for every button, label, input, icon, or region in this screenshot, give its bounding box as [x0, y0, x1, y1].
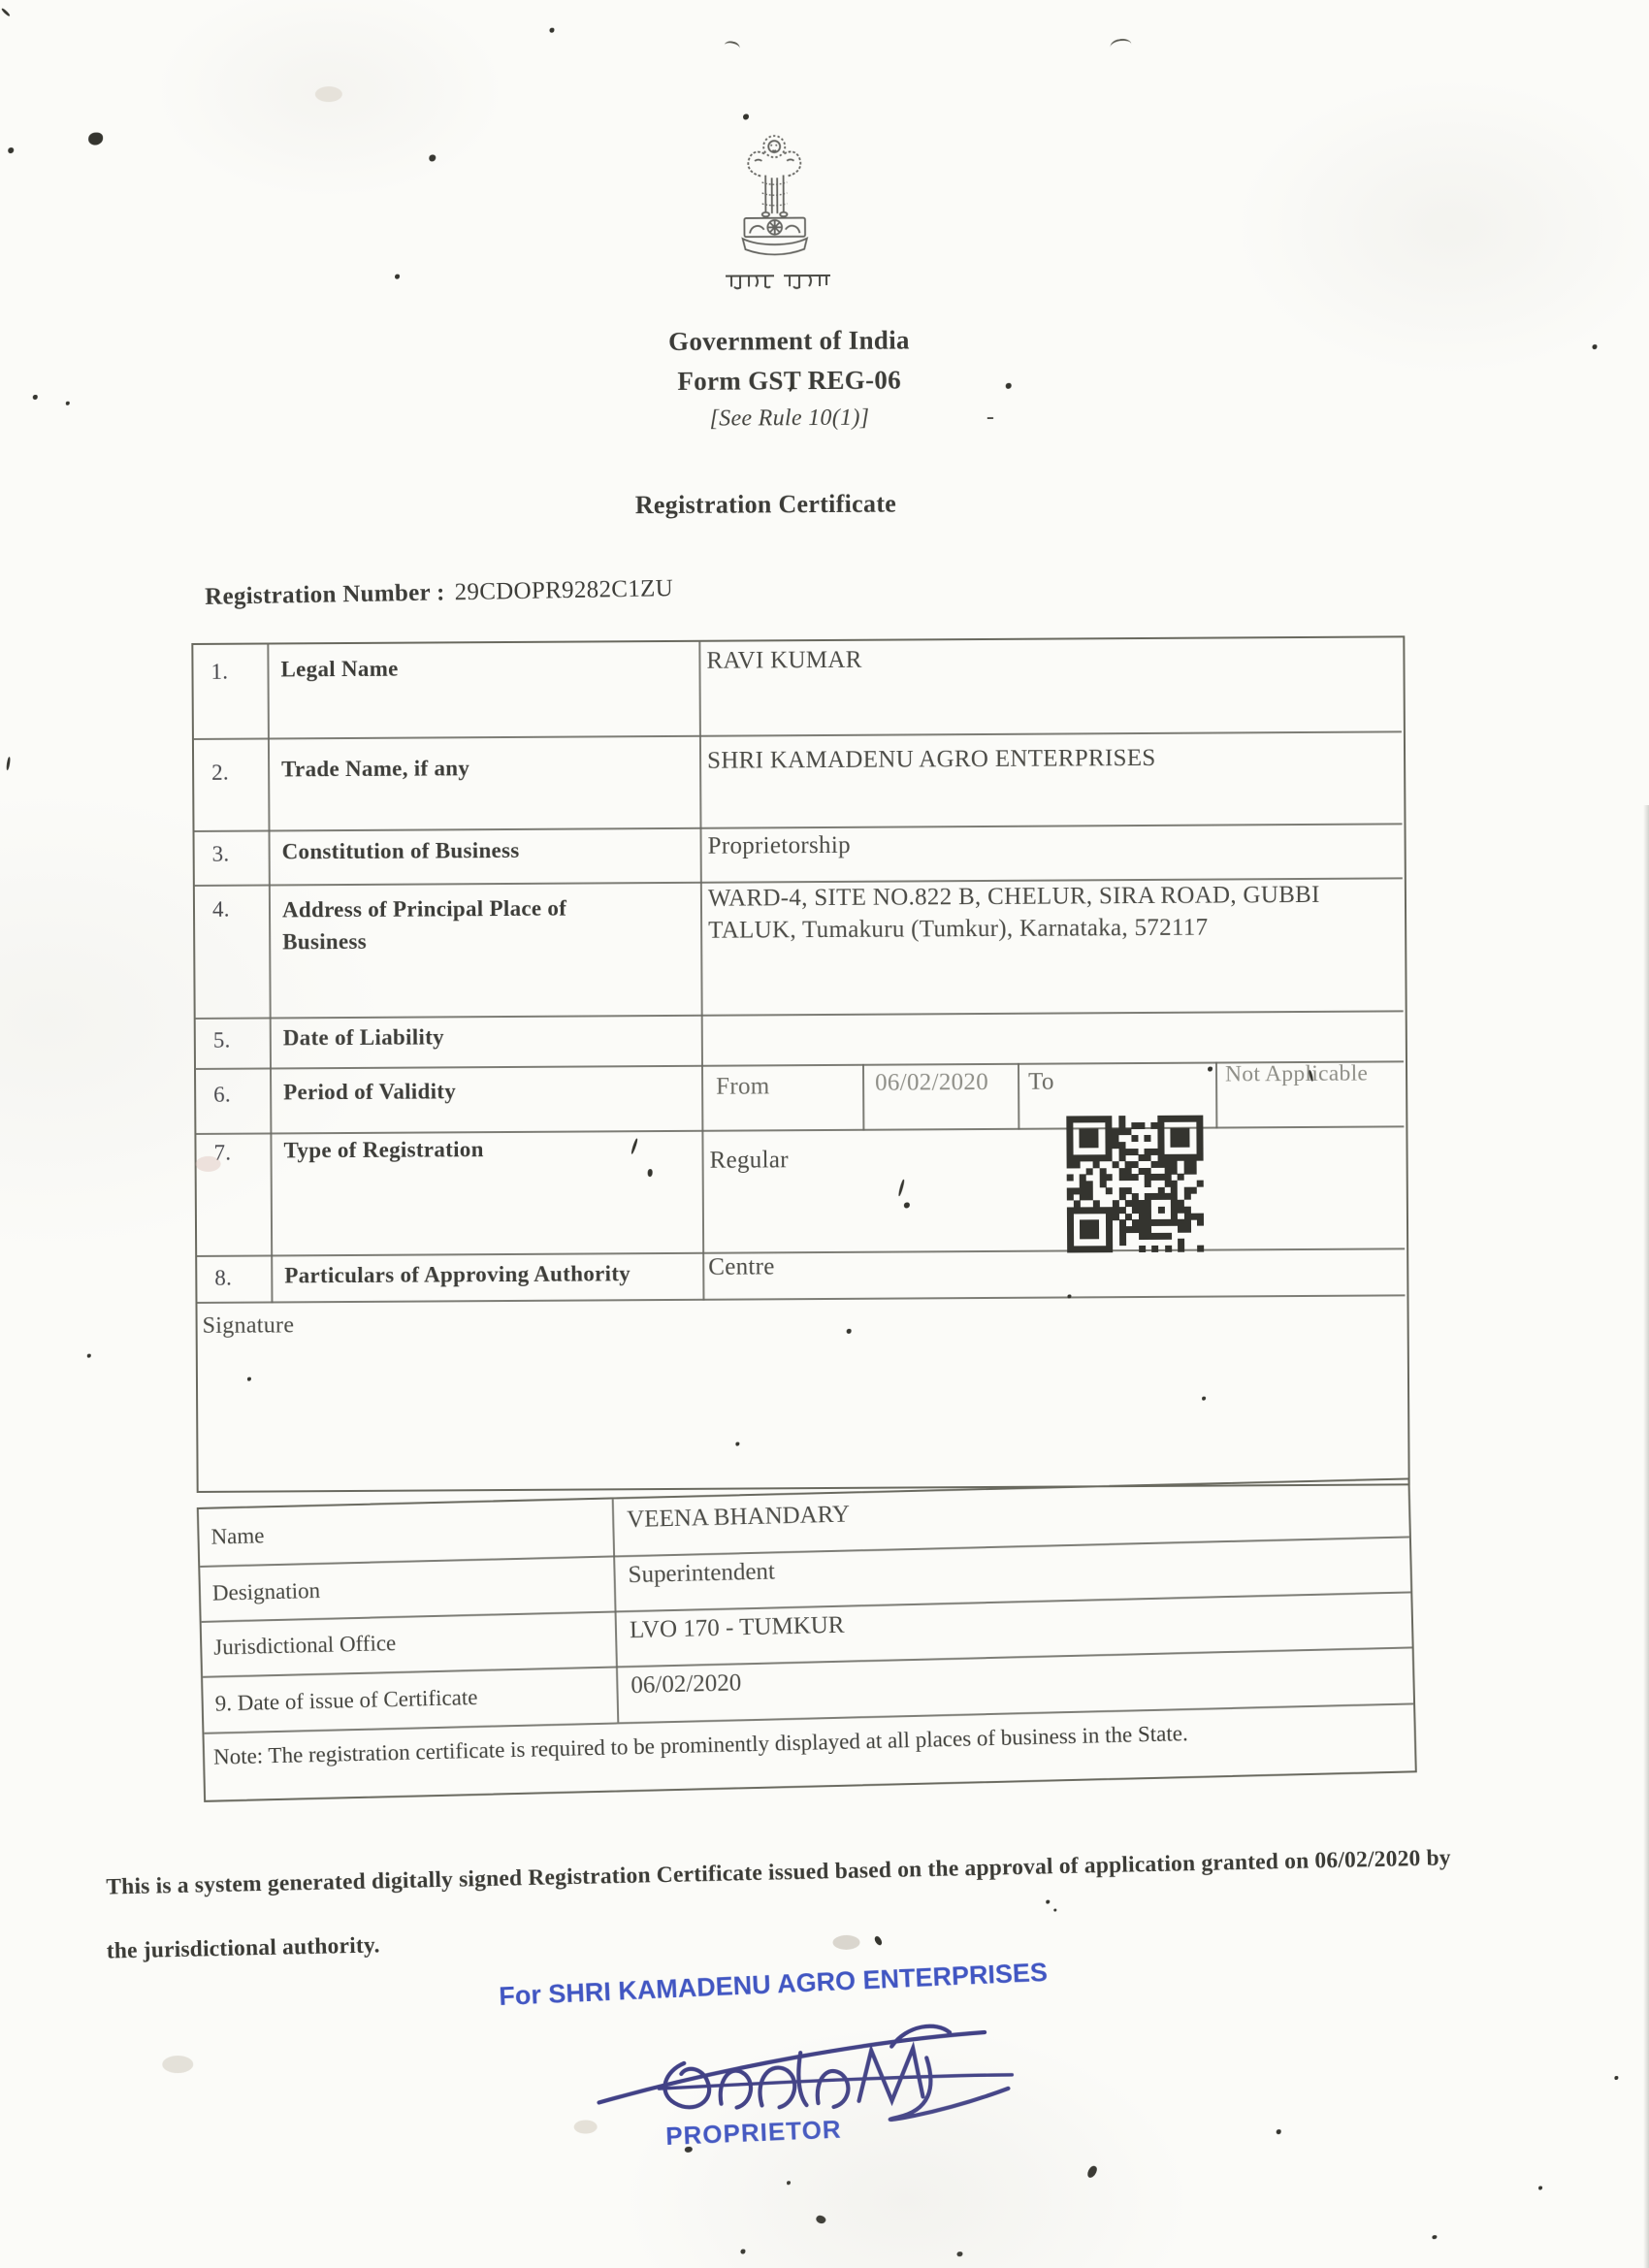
- trade-name-value: SHRI KAMADENU AGRO ENTERPRISES: [707, 745, 1156, 775]
- signature-label: Signature: [203, 1312, 295, 1340]
- row-number: 5.: [213, 1028, 231, 1053]
- address-value-line2: TALUK, Tumakuru (Tumkur), Karnataka, 572…: [708, 915, 1208, 945]
- rule-dash-mark: -: [986, 405, 994, 431]
- jurisdictional-office-value: LVO 170 - TUMKUR: [630, 1612, 845, 1644]
- row-label: Address of Principal Place of Business: [282, 891, 602, 957]
- row-label: Trade Name, if any: [281, 756, 469, 782]
- scan-smudge: [574, 2120, 598, 2133]
- government-of-india-heading: Government of India: [473, 324, 1104, 358]
- address-value-line1: WARD-4, SITE NO.822 B, CHELUR, SIRA ROAD…: [708, 882, 1320, 913]
- system-generated-paragraph-line2: the jurisdictional authority.: [106, 1932, 379, 1964]
- row-number: 8.: [214, 1266, 232, 1291]
- scan-speck: [1592, 344, 1597, 349]
- stamp-for-line: For SHRI KAMADENU AGRO ENTERPRISES: [499, 1958, 1049, 2012]
- registration-number-label: Registration Number :: [205, 579, 445, 610]
- scan-speck: [743, 113, 749, 119]
- row-number: 1.: [210, 660, 228, 685]
- scan-speck: [1046, 1900, 1050, 1904]
- scan-speck: [1053, 1909, 1056, 1912]
- scan-speck: [1538, 2187, 1542, 2190]
- scan-smudge: [315, 86, 342, 102]
- legal-name-value: RAVI KUMAR: [706, 647, 861, 675]
- handwritten-signature: [550, 2006, 1094, 2203]
- table-border-line: [1018, 1063, 1019, 1130]
- officer-row-label: 9. Date of issue of Certificate: [214, 1685, 477, 1717]
- row-label: Type of Registration: [283, 1137, 483, 1163]
- constitution-value: Proprietorship: [708, 832, 851, 860]
- scan-speck: [956, 2252, 962, 2256]
- officer-details-table: Name VEENA BHANDARY Designation Superint…: [197, 1477, 1417, 1801]
- scan-speck: [88, 133, 103, 146]
- scan-speck: [8, 147, 14, 153]
- scan-speck: [1432, 2235, 1437, 2239]
- scan-smudge: [162, 2056, 193, 2073]
- scan-speck: [429, 154, 436, 161]
- row-number: 4.: [212, 897, 230, 923]
- registration-number-value: 29CDOPR9282C1ZU: [454, 575, 673, 605]
- scan-speck: [6, 757, 11, 770]
- system-generated-paragraph-line1: This is a system generated digitally sig…: [106, 1845, 1451, 1900]
- officer-row-label: Jurisdictional Office: [213, 1631, 397, 1661]
- officer-designation-value: Superintendent: [628, 1558, 775, 1589]
- scan-speck: [1, 8, 11, 17]
- validity-to-value: Not Applicable: [1225, 1061, 1368, 1088]
- officer-name-value: VEENA BHANDARY: [627, 1502, 850, 1535]
- validity-from-label: From: [716, 1073, 770, 1100]
- scan-speck: [549, 28, 554, 33]
- scan-speck: [87, 1354, 91, 1358]
- table-border-line: [200, 1536, 1409, 1567]
- issue-date-value: 06/02/2020: [630, 1669, 742, 1700]
- scan-speck: [1277, 2129, 1281, 2134]
- scan-speck: [33, 395, 38, 400]
- satyameva-jayate-caption: [724, 273, 832, 291]
- scanned-certificate-page: Government of India Form GST REG-06 [See…: [0, 0, 1649, 2268]
- qr-code: [1066, 1116, 1205, 1254]
- registration-type-value: Regular: [710, 1147, 789, 1174]
- approving-authority-value: Centre: [708, 1253, 775, 1280]
- row-label: Period of Validity: [283, 1079, 456, 1105]
- row-number: 3.: [212, 842, 230, 867]
- officer-row-label: Designation: [212, 1578, 321, 1606]
- scan-smudge: [832, 1935, 859, 1950]
- scan-speck: [873, 1935, 884, 1947]
- certificate-title: Registration Certificate: [474, 489, 1056, 522]
- scan-speck: [66, 402, 70, 405]
- form-gst-reg06-heading: Form GST REG-06: [474, 364, 1105, 398]
- scan-speck: [724, 40, 741, 53]
- ashoka-emblem-icon: [729, 128, 820, 273]
- scan-smudge: [196, 1156, 221, 1172]
- scan-speck: [1614, 2076, 1618, 2080]
- scan-speck: [815, 2214, 827, 2225]
- table-border-line: [862, 1064, 864, 1131]
- certificate-sheet: Government of India Form GST REG-06 [See…: [0, 0, 1649, 2268]
- table-border-line: [1215, 1062, 1217, 1129]
- officer-row-label: Name: [210, 1523, 265, 1549]
- scan-speck: [1110, 38, 1133, 54]
- validity-to-label: To: [1028, 1069, 1054, 1096]
- row-label: Particulars of Approving Authority: [284, 1261, 630, 1288]
- registration-number-line: Registration Number :29CDOPR9282C1ZU: [205, 575, 673, 611]
- row-number: 6.: [213, 1083, 231, 1108]
- row-label: Date of Liability: [283, 1024, 444, 1051]
- see-rule-line: [See Rule 10(1)]: [474, 404, 1105, 434]
- scan-edge-shadow: [1643, 805, 1649, 2268]
- row-number: 2.: [211, 761, 229, 786]
- validity-from-value: 06/02/2020: [875, 1069, 988, 1097]
- scan-speck: [395, 275, 400, 279]
- scan-speck: [740, 2250, 745, 2254]
- row-label: Legal Name: [280, 657, 398, 683]
- row-label: Constitution of Business: [282, 838, 520, 864]
